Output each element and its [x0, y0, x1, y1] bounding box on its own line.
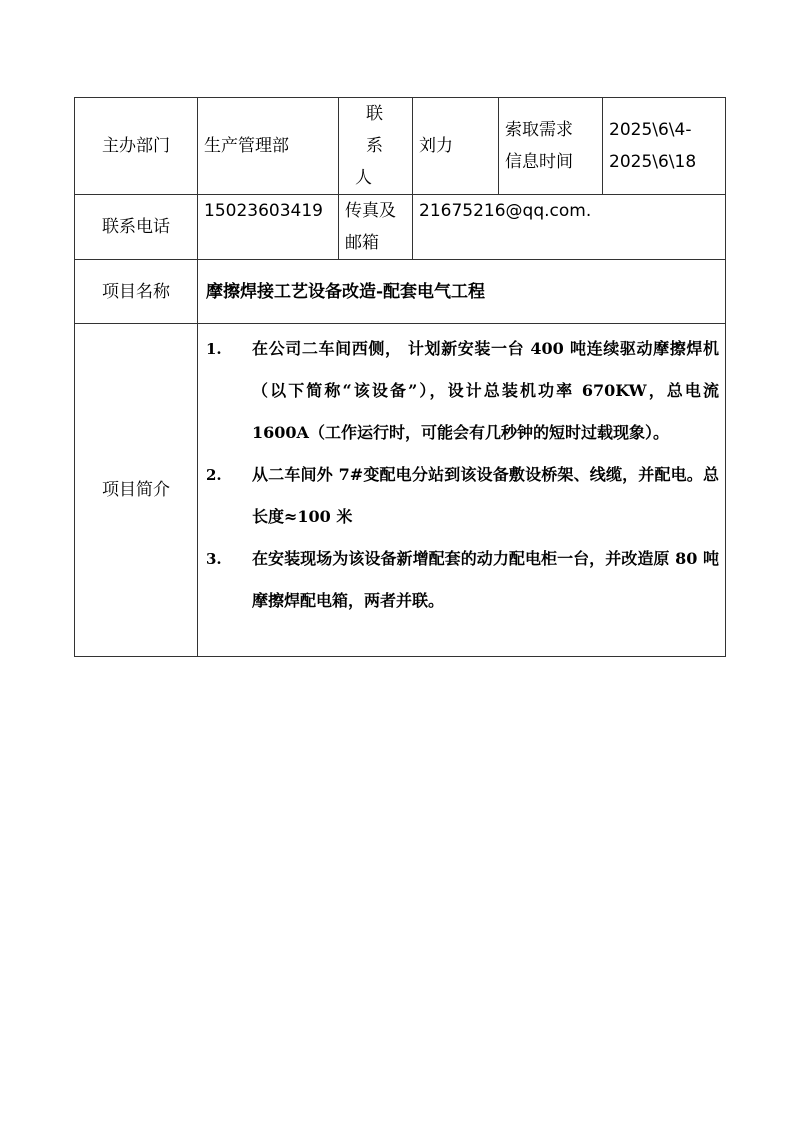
project-name-label: 项目名称	[75, 260, 198, 324]
phone-label: 联系电话	[75, 195, 198, 260]
intro-list-item: 3. 在安装现场为该设备新增配套的动力配电柜一台，并改造原 80 吨摩擦焊配电箱…	[206, 538, 719, 622]
intro-item-number: 3.	[206, 538, 252, 622]
phone-value: 15023603419	[198, 195, 339, 260]
time-value-line2: 2025\6\18	[609, 146, 719, 178]
fax-label-line2: 邮箱	[345, 227, 406, 259]
table-row-phone: 联系电话 15023603419 传真及 邮箱 21675216@qq.com.	[75, 195, 726, 260]
dept-value: 生产管理部	[198, 98, 339, 195]
contact-label-line1: 联 系	[349, 98, 410, 162]
project-name-value: 摩擦焊接工艺设备改造-配套电气工程	[198, 260, 726, 324]
time-value-line1: 2025\6\4-	[609, 114, 719, 146]
intro-list-item: 2. 从二车间外 7#变配电分站到该设备敷设桥架、线缆，并配电。总长度≈100 …	[206, 454, 719, 538]
project-intro-content: 1. 在公司二车间西侧， 计划新安装一台 400 吨连续驱动摩擦焊机（以下简称“…	[198, 324, 726, 657]
intro-item-text: 在公司二车间西侧， 计划新安装一台 400 吨连续驱动摩擦焊机（以下简称“该设备…	[252, 328, 719, 454]
intro-item-number: 2.	[206, 454, 252, 538]
intro-item-text: 在安装现场为该设备新增配套的动力配电柜一台，并改造原 80 吨摩擦焊配电箱，两者…	[252, 538, 719, 622]
document-page: 主办部门 生产管理部 联 系 人 刘力 索取需求 信息时间 2025\6\4- …	[0, 0, 793, 1122]
fax-email-label: 传真及 邮箱	[339, 195, 413, 260]
time-value: 2025\6\4- 2025\6\18	[603, 98, 726, 195]
contact-label: 联 系 人	[339, 98, 413, 195]
table-row-project-intro: 项目简介 1. 在公司二车间西侧， 计划新安装一台 400 吨连续驱动摩擦焊机（…	[75, 324, 726, 657]
project-intro-label: 项目简介	[75, 324, 198, 657]
table-row-project-name: 项目名称 摩擦焊接工艺设备改造-配套电气工程	[75, 260, 726, 324]
intro-item-number: 1.	[206, 328, 252, 454]
time-label-line2: 信息时间	[505, 146, 596, 178]
intro-list-item: 1. 在公司二车间西侧， 计划新安装一台 400 吨连续驱动摩擦焊机（以下简称“…	[206, 328, 719, 454]
time-label-line1: 索取需求	[505, 114, 596, 146]
fax-label-line1: 传真及	[345, 195, 406, 227]
time-label: 索取需求 信息时间	[499, 98, 603, 195]
intro-item-text: 从二车间外 7#变配电分站到该设备敷设桥架、线缆，并配电。总长度≈100 米	[252, 454, 719, 538]
table-row-department: 主办部门 生产管理部 联 系 人 刘力 索取需求 信息时间 2025\6\4- …	[75, 98, 726, 195]
project-info-table: 主办部门 生产管理部 联 系 人 刘力 索取需求 信息时间 2025\6\4- …	[74, 97, 726, 657]
contact-value: 刘力	[413, 98, 499, 195]
dept-label: 主办部门	[75, 98, 198, 195]
contact-label-line2: 人	[349, 162, 410, 194]
fax-email-value: 21675216@qq.com.	[413, 195, 726, 260]
